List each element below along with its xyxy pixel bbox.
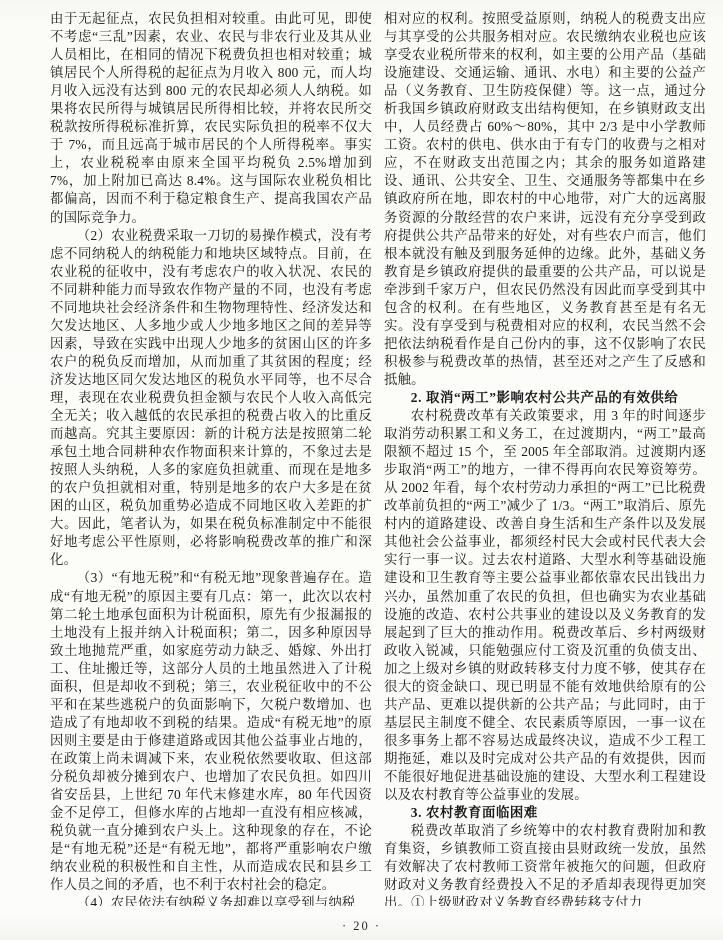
paragraph: 农村税费改革有关政策要求，用 3 年的时间逐步取消劳动积累工和义务工，在过渡期内… <box>384 407 706 804</box>
section-heading: 2. 取消“两工”影响农村公共产品的有效供给 <box>384 389 706 407</box>
paragraph: 由于无起征点，农民负担相对较重。由此可见，即使不考虑“三乱”因素，农业、农民与非… <box>50 10 372 227</box>
paragraph: （2）农业税费采取一刀切的易操作模式，没有考虑不同纳税人的纳税能力和地块区域特点… <box>50 227 372 570</box>
paragraph: （3）“有地无税”和“有税无地”现象普遍存在。造成“有地无税”的原因主要有几点：… <box>50 569 372 894</box>
page-number: · 20 · <box>0 919 723 934</box>
paragraph: 相对应的权利。按照受益原则，纳税人的税费支出应与其享受的公共服务相对应。农民缴纳… <box>384 10 706 389</box>
paragraph: （4）农民依法有纳税义务却难以享受到与纳税 <box>50 894 372 906</box>
paragraph: 税费改革取消了乡统筹中的农村教育费附加和教育集资，乡镇教师工资直接由县财政统一发… <box>384 822 706 906</box>
left-column: 由于无起征点，农民负担相对较重。由此可见，即使不考虑“三乱”因素，农业、农民与非… <box>50 10 372 906</box>
section-heading: 3. 农村教育面临困难 <box>384 804 706 822</box>
two-column-text-area: 由于无起征点，农民负担相对较重。由此可见，即使不考虑“三乱”因素，农业、农民与非… <box>50 10 707 906</box>
right-column: 相对应的权利。按照受益原则，纳税人的税费支出应与其享受的公共服务相对应。农民缴纳… <box>384 10 706 906</box>
document-page: 由于无起征点，农民负担相对较重。由此可见，即使不考虑“三乱”因素，农业、农民与非… <box>0 0 723 940</box>
